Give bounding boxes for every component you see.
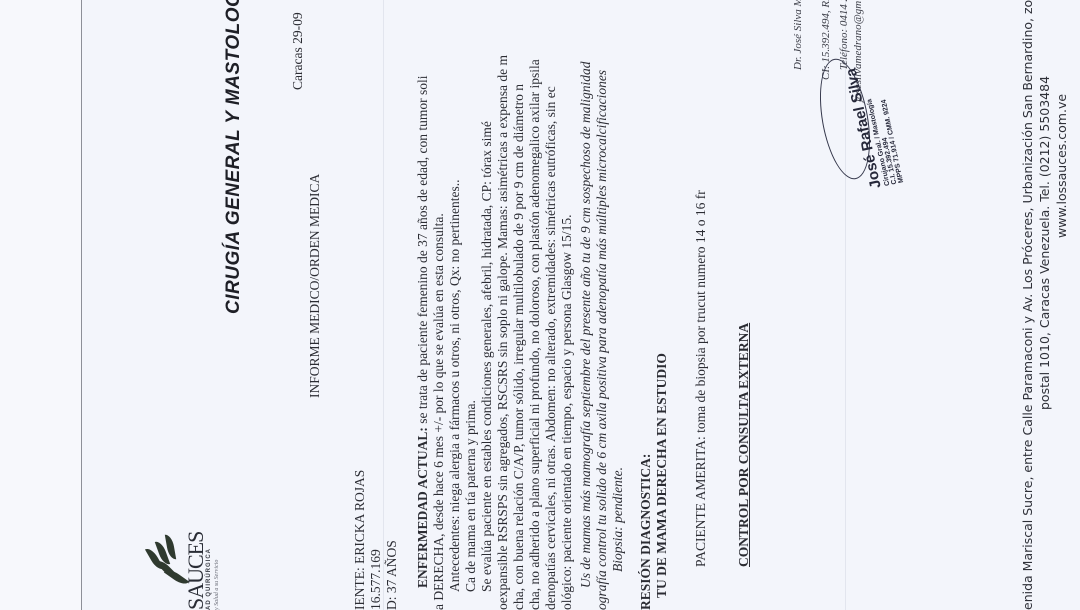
body-line: Se evalúa paciente en estables condicion… bbox=[479, 121, 495, 592]
patient-age: D: 37 AÑOS bbox=[384, 540, 400, 610]
plan-line: PACIENTE AMERITA: toma de biopsia por tr… bbox=[693, 190, 709, 567]
body-line: cha, con buena relación C/A/P, tumor sól… bbox=[511, 84, 527, 610]
current-illness-label: ENFERMEDAD ACTUAL: bbox=[415, 427, 430, 588]
body-line: cha, no adherido a plano superficial ni … bbox=[527, 59, 543, 610]
medical-report: SAUCES AD QUIRÚRGICA y Salud a su Servic… bbox=[0, 0, 1080, 610]
biopsy-status: Biopsia: pendiente. bbox=[610, 467, 626, 572]
footer-website: www.lossauces.com.ve bbox=[1054, 94, 1070, 238]
body-line: Ca de mama en tía paterna y prima. bbox=[463, 400, 479, 592]
body-line: a DERECHA, desde hace 6 mes +/- por lo q… bbox=[431, 213, 447, 610]
city-date: Caracas 29-09 bbox=[290, 12, 306, 90]
diagnosis-heading: RESIÓN DIAGNOSTICA: bbox=[638, 454, 654, 610]
clinic-logo: SAUCES AD QUIRÚRGICA y Salud a su Servic… bbox=[145, 500, 215, 610]
current-illness: ENFERMEDAD ACTUAL: se trata de paciente … bbox=[415, 75, 431, 588]
body-line: oexpansible RSRSPS sin agregados, RSCSRS… bbox=[495, 55, 511, 610]
body-line: ológico: paciente orientado en tiempo, e… bbox=[559, 214, 575, 610]
footer-address: enida Mariscal Sucre, entre Calle Parama… bbox=[1020, 0, 1036, 610]
logo-subtitle: AD QUIRÚRGICA bbox=[206, 548, 212, 610]
patient-id: 16.577.169 bbox=[368, 549, 384, 610]
imaging-line: Us de mamas más mamografía septiembre de… bbox=[578, 61, 594, 588]
report-title: INFORME MEDICO/ORDEN MEDICA bbox=[307, 174, 323, 398]
followup-line: CONTROL POR CONSULTA EXTERNA bbox=[736, 323, 752, 567]
imaging-line: ografía control tu solido de 6 cm axila … bbox=[594, 70, 610, 610]
diagnosis-value: TU DE MAMA DERECHA EN ESTUDIO bbox=[654, 353, 670, 598]
body-line: denopatías cervicales, ni otras. Abdomen… bbox=[543, 86, 559, 610]
specialty-title: CIRUGÍA GENERAL Y MASTOLOG bbox=[226, 0, 242, 314]
doctor-name: Dr. José Silva M bbox=[790, 0, 806, 70]
logo-tagline: y Salud a su Servicio bbox=[214, 560, 220, 610]
current-illness-text: se trata de paciente femenino de 37 años… bbox=[415, 75, 430, 427]
footer-contact: postal 1010, Caracas Venezuela. Tel. (02… bbox=[1037, 76, 1053, 410]
patient-name: IENTE: ERICKA ROJAS bbox=[352, 470, 368, 610]
body-line: Antecedentes: niega alergia a fármacos u… bbox=[447, 180, 463, 593]
